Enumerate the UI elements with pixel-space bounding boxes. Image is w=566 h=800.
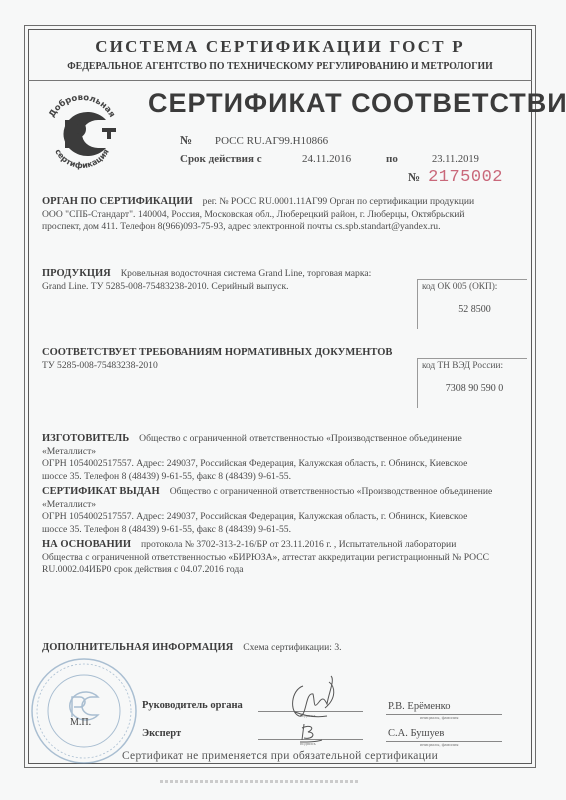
section-heading: ОРГАН ПО СЕРТИФИКАЦИИ: [42, 196, 193, 207]
head-name-caption: инициалы, фамилия: [420, 715, 459, 720]
number-symbol: №: [180, 133, 192, 147]
tnved-code-label: код ТН ВЭД России:: [422, 361, 503, 371]
okp-code-label: код ОК 005 (ОКП):: [422, 282, 497, 292]
expert-name: С.А. Бушуев: [388, 728, 444, 739]
rst-voluntary-certification-logo-icon: Добровольная сертификация: [40, 92, 125, 172]
okp-code-box: код ОК 005 (ОКП): 52 8500: [417, 279, 527, 329]
section-additional-info: ДОПОЛНИТЕЛЬНАЯ ИНФОРМАЦИЯСхема сертифика…: [42, 642, 530, 655]
section-heading: ИЗГОТОВИТЕЛЬ: [42, 433, 129, 444]
serial-value: 2175002: [428, 168, 503, 187]
valid-to-date: 23.11.2019: [432, 154, 479, 165]
head-name: Р.В. Ерёменко: [388, 701, 450, 712]
validity-label: Срок действия с: [180, 153, 262, 165]
agency-title: ФЕДЕРАЛЬНОЕ АГЕНТСТВО ПО ТЕХНИЧЕСКОМУ РЕ…: [38, 61, 522, 72]
section-heading: СООТВЕТСТВУЕТ ТРЕБОВАНИЯМ НОРМАТИВНЫХ ДО…: [42, 347, 392, 358]
tnved-code-box: код ТН ВЭД России: 7308 90 590 0: [417, 358, 527, 408]
certificate-number-row: № РОСС RU.АГ99.Н10866: [180, 133, 328, 148]
expert-signature-icon: [296, 720, 326, 744]
header-divider: [28, 80, 532, 81]
section-heading: СЕРТИФИКАТ ВЫДАН: [42, 486, 160, 497]
section-heading: НА ОСНОВАНИИ: [42, 539, 131, 550]
section-heading: ДОПОЛНИТЕЛЬНАЯ ИНФОРМАЦИЯ: [42, 642, 233, 653]
form-serial-number: № 2175002: [408, 168, 503, 187]
section-certification-body: ОРГАН ПО СЕРТИФИКАЦИИрег. № РОСС RU.0001…: [42, 196, 530, 234]
printer-micro-text: [160, 780, 360, 783]
section-issued-to: СЕРТИФИКАТ ВЫДАНОбщество с ограниченной …: [42, 486, 530, 536]
document-title: СЕРТИФИКАТ СООТВЕТСТВИЯ: [148, 88, 566, 119]
footer-note: Сертификат не применяется при обязательн…: [28, 750, 532, 762]
head-signature-icon: [285, 672, 345, 722]
valid-from-date: 24.11.2016: [302, 153, 351, 165]
section-manufacturer: ИЗГОТОВИТЕЛЬОбщество с ограниченной отве…: [42, 433, 530, 483]
section-heading: ПРОДУКЦИЯ: [42, 268, 111, 279]
head-of-body-label: Руководитель органа: [142, 700, 243, 711]
section-basis: НА ОСНОВАНИИпротокола № 3702-313-2-16/БР…: [42, 539, 530, 577]
valid-to-label: по: [386, 153, 398, 165]
section-conformity: СООТВЕТСТВУЕТ ТРЕБОВАНИЯМ НОРМАТИВНЫХ ДО…: [42, 347, 422, 372]
tnved-code-value: 7308 90 590 0: [422, 383, 527, 394]
expert-name-caption: инициалы, фамилия: [420, 742, 459, 747]
section-product: ПРОДУКЦИЯКровельная водосточная система …: [42, 268, 412, 293]
certification-system-title: СИСТЕМА СЕРТИФИКАЦИИ ГОСТ Р: [28, 37, 532, 57]
expert-label: Эксперт: [142, 728, 181, 739]
certificate-number: РОСС RU.АГ99.Н10866: [215, 135, 328, 147]
stamp-place-label: М.П.: [70, 717, 91, 728]
okp-code-value: 52 8500: [422, 304, 527, 315]
